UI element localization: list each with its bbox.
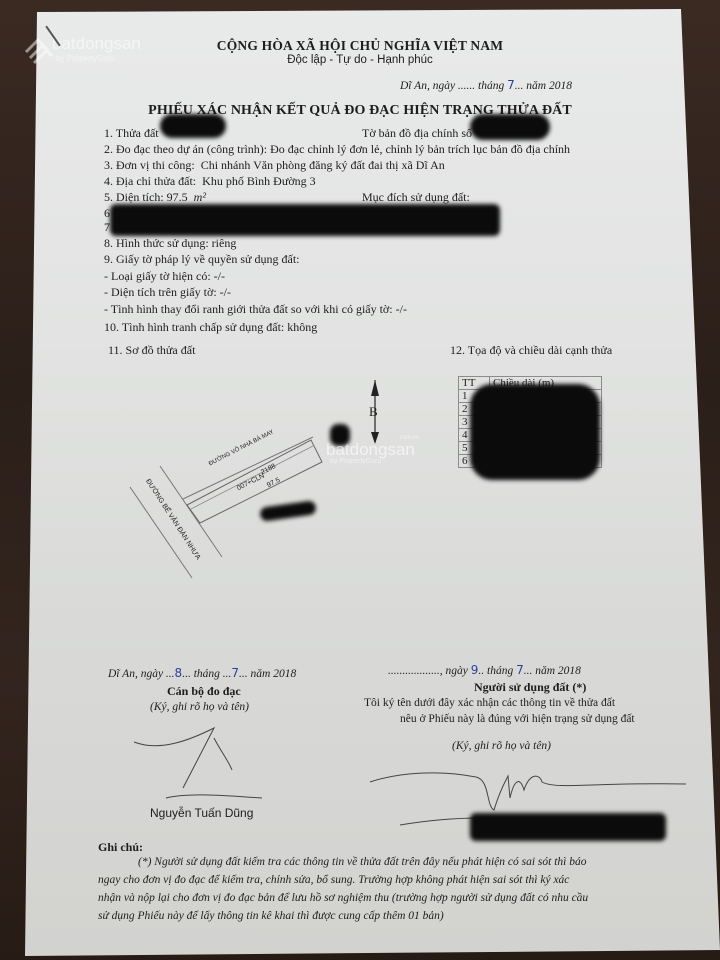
- notes-line-2: ngay cho đơn vị đo đạc để kiểm tra, chỉn…: [98, 874, 569, 886]
- notes-line-3: nhận và nộp lại cho đơn vị đo đạc bản để…: [98, 892, 588, 904]
- notes-line-4: sử dụng Phiếu này để lấy thông tin kê kh…: [98, 910, 444, 922]
- notes-line-1: (*) Người sử dụng đất kiểm tra các thông…: [138, 856, 586, 868]
- notes-heading: Ghi chú:: [98, 840, 143, 855]
- redaction-land-user-name: [470, 813, 666, 841]
